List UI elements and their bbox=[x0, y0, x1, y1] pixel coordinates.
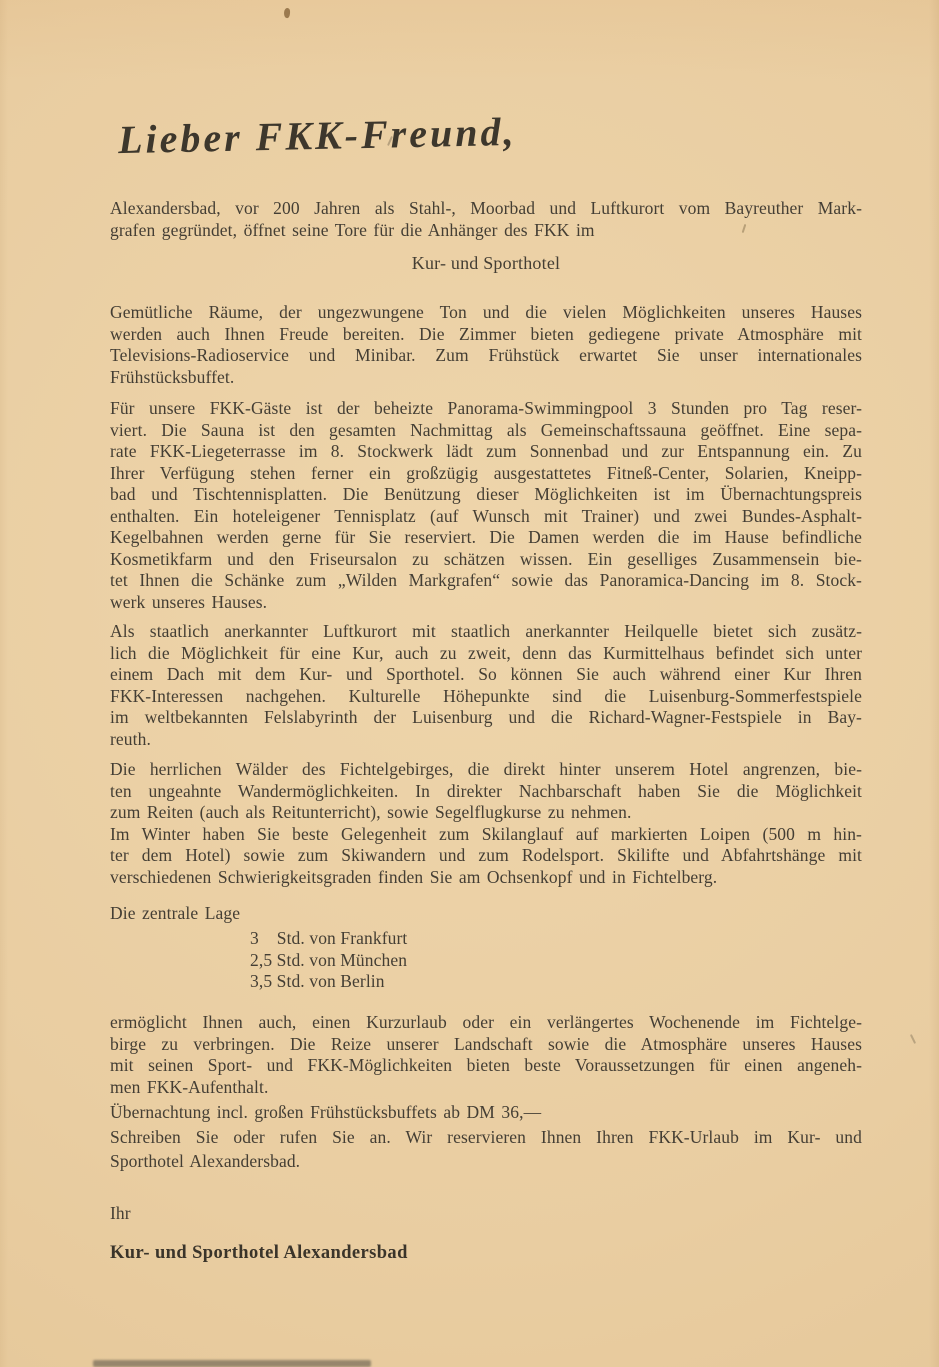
text-line: enthalten. Ein hoteleigener Tennisplatz … bbox=[110, 506, 862, 528]
text-line: lich die Möglichkeit für eine Kur, auch … bbox=[110, 643, 862, 665]
closing-pre: Ihr bbox=[110, 1203, 862, 1225]
distance-list: 3 Std. von Frankfurt2,5 Std. von München… bbox=[250, 928, 407, 993]
paragraph-intro: Alexandersbad, vor 200 Jahren als Stahl-… bbox=[110, 198, 862, 241]
text-line: ter dem Hotel) sowie zum Skiwandern und … bbox=[110, 845, 862, 867]
text-line: FKK-Interessen nachgehen. Kulturelle Höh… bbox=[110, 686, 862, 708]
salutation-script: Lieber FKK-Freund, bbox=[118, 108, 517, 164]
hotel-name-heading: Kur- und Sporthotel bbox=[110, 252, 862, 274]
text-line: zum Reiten (auch als Reitunterricht), so… bbox=[110, 802, 862, 824]
text-line: reuth. bbox=[110, 729, 862, 751]
text-line: birge zu verbringen. Die Reize unserer L… bbox=[110, 1034, 862, 1056]
text-line: viert. Die Sauna ist den gesamten Nachmi… bbox=[110, 420, 862, 442]
text-line: men FKK-Aufenthalt. bbox=[110, 1077, 862, 1099]
text-line: einem Dach mit dem Kur- und Sporthotel. … bbox=[110, 664, 862, 686]
scan-shadow-bottom bbox=[93, 1360, 371, 1367]
text-line: Gemütliche Räume, der ungezwungene Ton u… bbox=[110, 302, 862, 324]
paragraph-facilities: Für unsere FKK-Gäste ist der beheizte Pa… bbox=[110, 398, 862, 613]
text-line: Kegelbahnen werden gerne für Sie reservi… bbox=[110, 527, 862, 549]
paragraph-kur: Als staatlich anerkannter Luftkurort mit… bbox=[110, 621, 862, 750]
text-line: rate FKK-Liegeterrasse im 8. Stockwerk l… bbox=[110, 441, 862, 463]
text-line: 3,5 Std. von Berlin bbox=[250, 971, 407, 993]
text-line: 3 Std. von Frankfurt bbox=[250, 928, 407, 950]
text-line: Ihrer Verfügung stehen ferner ein großzü… bbox=[110, 463, 862, 485]
text-line: grafen gegründet, öffnet seine Tore für … bbox=[110, 220, 862, 242]
text-line: Frühstücksbuffet. bbox=[110, 367, 862, 389]
text-line: tet Ihnen die Schänke zum „Wilden Markgr… bbox=[110, 570, 862, 592]
text-line: bad und Tischtennisplatten. Die Benützun… bbox=[110, 484, 862, 506]
text-line: Kosmetikfarm und den Friseursalon zu sch… bbox=[110, 549, 862, 571]
scan-edge-right bbox=[929, 0, 939, 1367]
text-line: werk unseres Hauses. bbox=[110, 592, 862, 614]
text-line: verschiedenen Schwierigkeitsgraden finde… bbox=[110, 867, 862, 889]
paragraph-nature-winter: Die herrlichen Wälder des Fichtelgebirge… bbox=[110, 759, 862, 888]
text-line: werden auch Ihnen Freude bereiten. Die Z… bbox=[110, 324, 862, 346]
text-line: Für unsere FKK-Gäste ist der beheizte Pa… bbox=[110, 398, 862, 420]
letter-page: Lieber FKK-Freund, Alexandersbad, vor 20… bbox=[0, 0, 939, 1367]
text-line: Alexandersbad, vor 200 Jahren als Stahl-… bbox=[110, 198, 862, 220]
text-line: Übernachtung incl. großen Frühstücksbuff… bbox=[110, 1100, 862, 1125]
text-line: 2,5 Std. von München bbox=[250, 950, 407, 972]
text-line: mit seinen Sport- und FKK-Möglichkeiten … bbox=[110, 1055, 862, 1077]
paragraph-price-booking: Übernachtung incl. großen Frühstücksbuff… bbox=[110, 1100, 862, 1174]
paper-speck bbox=[283, 8, 290, 19]
text-line: Als staatlich anerkannter Luftkurort mit… bbox=[110, 621, 862, 643]
text-line: ermöglicht Ihnen auch, einen Kurzurlaub … bbox=[110, 1012, 862, 1034]
central-location-label: Die zentrale Lage bbox=[110, 903, 862, 925]
text-line: Schreiben Sie oder rufen Sie an. Wir res… bbox=[110, 1125, 862, 1150]
signature-line: Kur- und Sporthotel Alexandersbad bbox=[110, 1243, 408, 1264]
pencil-tick-3 bbox=[910, 1034, 916, 1044]
text-line: ten ungeahnte Wandermöglichkeiten. In di… bbox=[110, 781, 862, 803]
text-line: Televisions-Radioservice und Minibar. Zu… bbox=[110, 345, 862, 367]
paragraph-rooms: Gemütliche Räume, der ungezwungene Ton u… bbox=[110, 302, 862, 388]
scan-edge-left bbox=[0, 0, 8, 1367]
text-line: Sporthotel Alexandersbad. bbox=[110, 1149, 862, 1174]
text-line: Im Winter haben Sie beste Gelegenheit zu… bbox=[110, 824, 862, 846]
text-line: Die herrlichen Wälder des Fichtelgebirge… bbox=[110, 759, 862, 781]
text-line: im weltbekannten Felslabyrinth der Luise… bbox=[110, 707, 862, 729]
paragraph-weekend: ermöglicht Ihnen auch, einen Kurzurlaub … bbox=[110, 1012, 862, 1098]
